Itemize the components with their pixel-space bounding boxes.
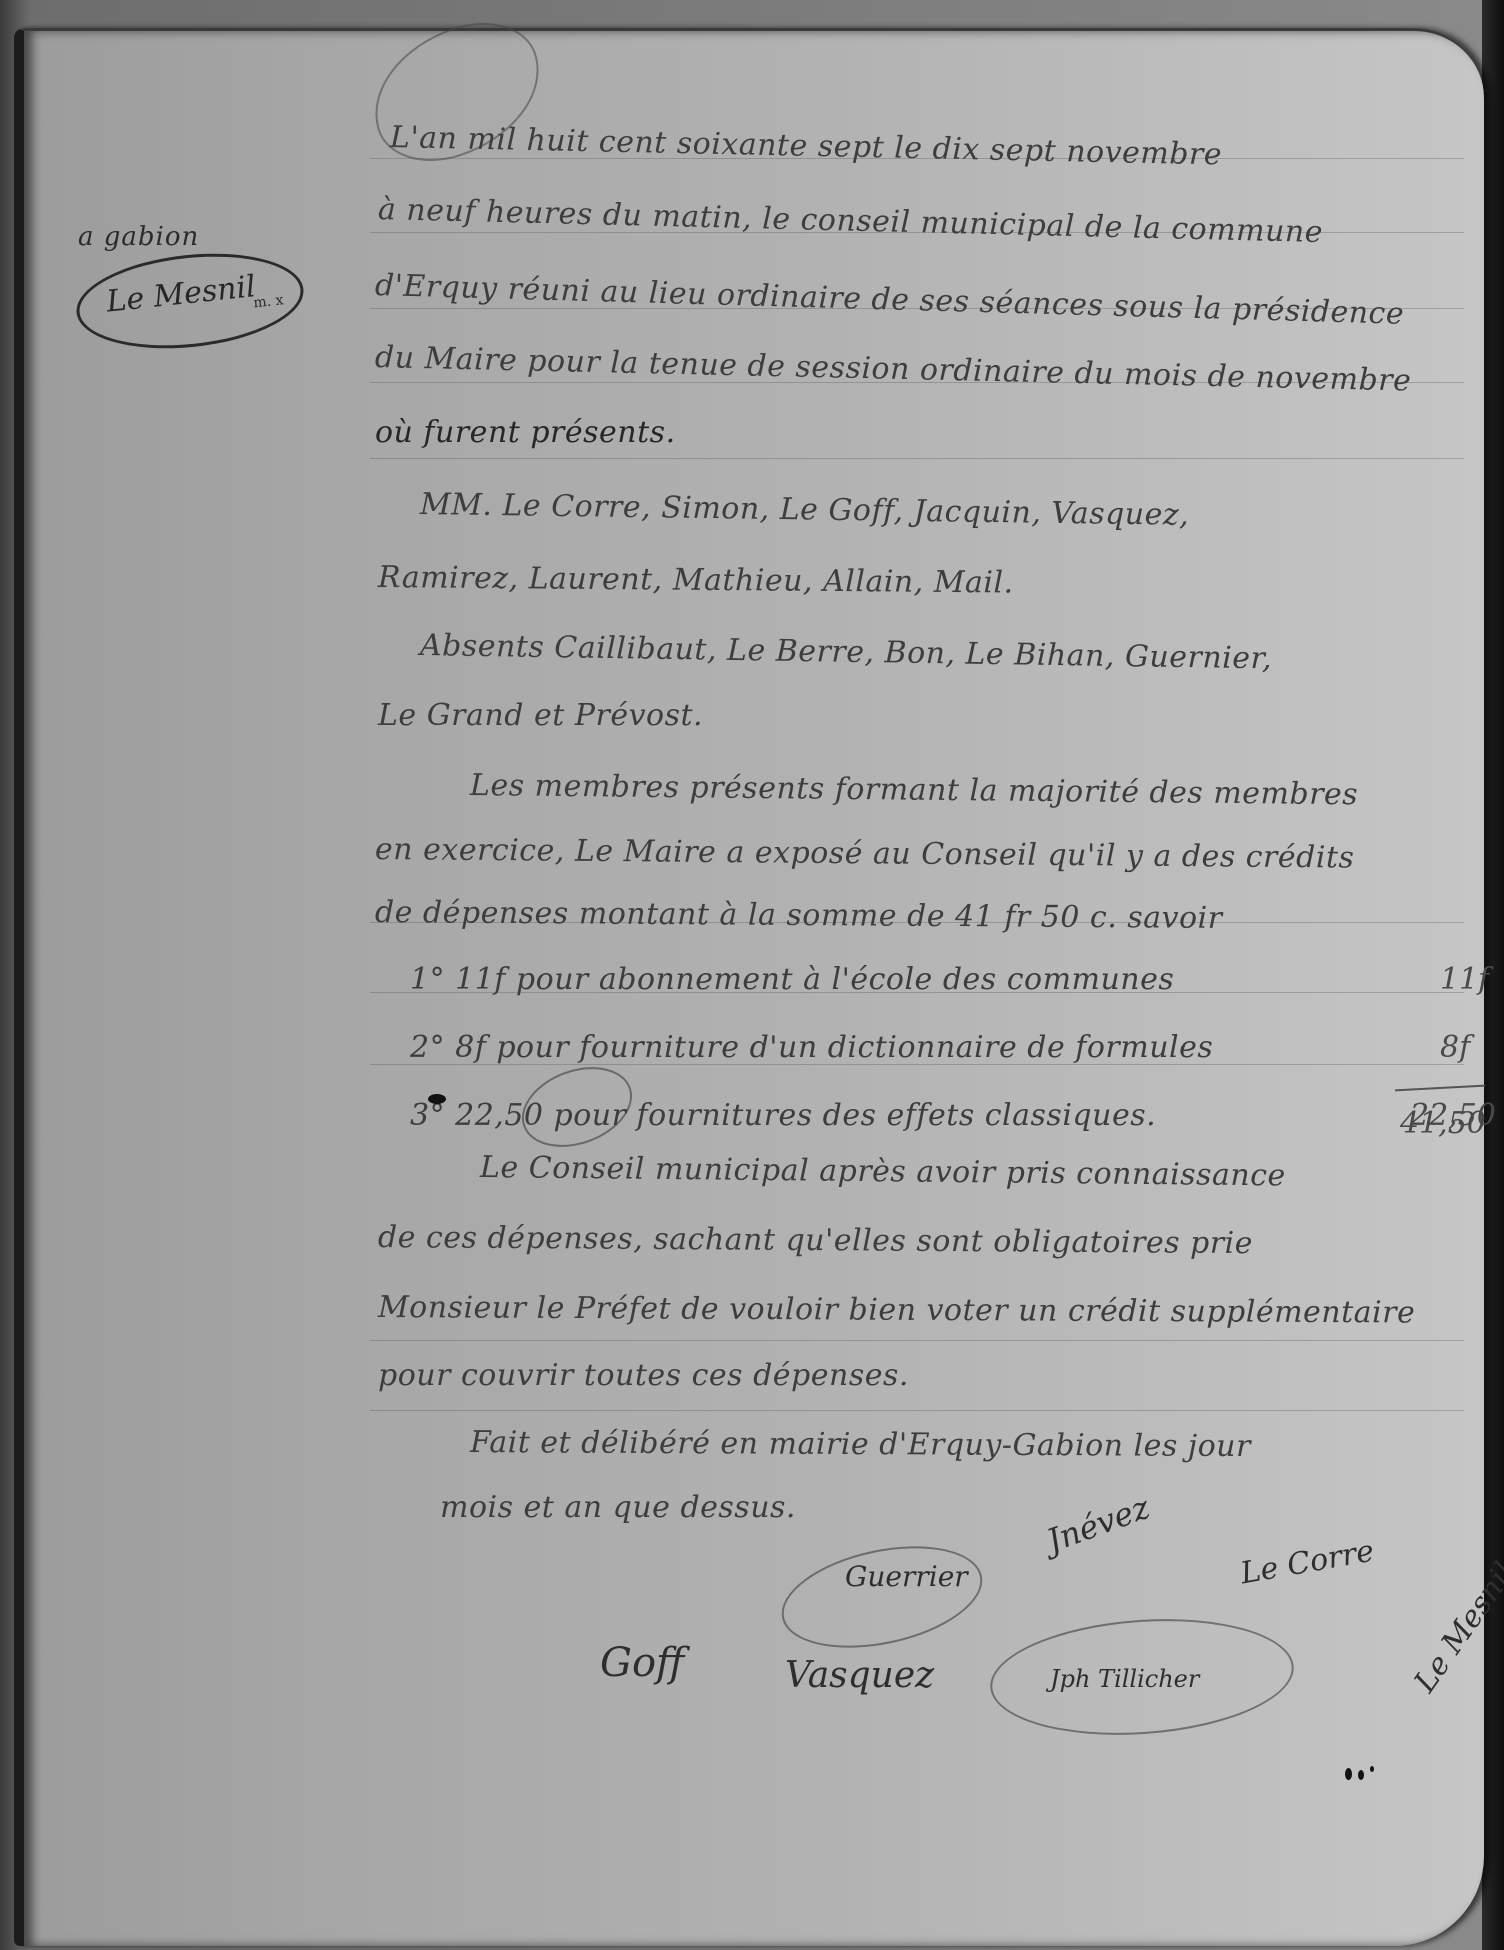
ink-mark	[1345, 1768, 1352, 1780]
amount-item-2: 8f	[1440, 1030, 1470, 1065]
body-line: de dépenses montant à la somme de 41 fr …	[375, 895, 1223, 936]
body-line: où furent présents.	[375, 415, 676, 450]
margin-signature: Le Mesnil	[105, 269, 257, 319]
amount-item-1: 11f	[1440, 962, 1489, 997]
ink-mark	[1370, 1766, 1374, 1772]
expense-item-1: 1° 11f pour abonnement à l'école des com…	[410, 962, 1174, 997]
body-line-closing: mois et an que dessus.	[440, 1490, 796, 1525]
amount-total: 41,50	[1400, 1106, 1486, 1141]
body-line-absent-members: Le Grand et Prévost.	[378, 698, 703, 733]
expense-item-2: 2° 8f pour fourniture d'un dictionnaire …	[410, 1030, 1213, 1065]
ink-mark	[1358, 1770, 1364, 1780]
signature: Goff	[600, 1640, 684, 1686]
ink-blot	[428, 1094, 446, 1104]
ruled-line	[370, 458, 1464, 459]
ruled-line	[370, 1410, 1464, 1411]
margin-signature-suffix: m. x	[253, 292, 285, 311]
signature: Vasquez	[785, 1655, 934, 1696]
ruled-line	[370, 1340, 1464, 1341]
body-line: de ces dépenses, sachant qu'elles sont o…	[378, 1220, 1253, 1261]
body-line: pour couvrir toutes ces dépenses.	[378, 1358, 909, 1393]
body-line-present-members: Ramirez, Laurent, Mathieu, Allain, Mail.	[378, 560, 1014, 601]
body-line-closing: Fait et délibéré en mairie d'Erquy-Gabio…	[470, 1425, 1251, 1464]
body-line: Monsieur le Préfet de vouloir bien voter…	[378, 1290, 1415, 1330]
margin-note: a gabion	[78, 222, 199, 252]
